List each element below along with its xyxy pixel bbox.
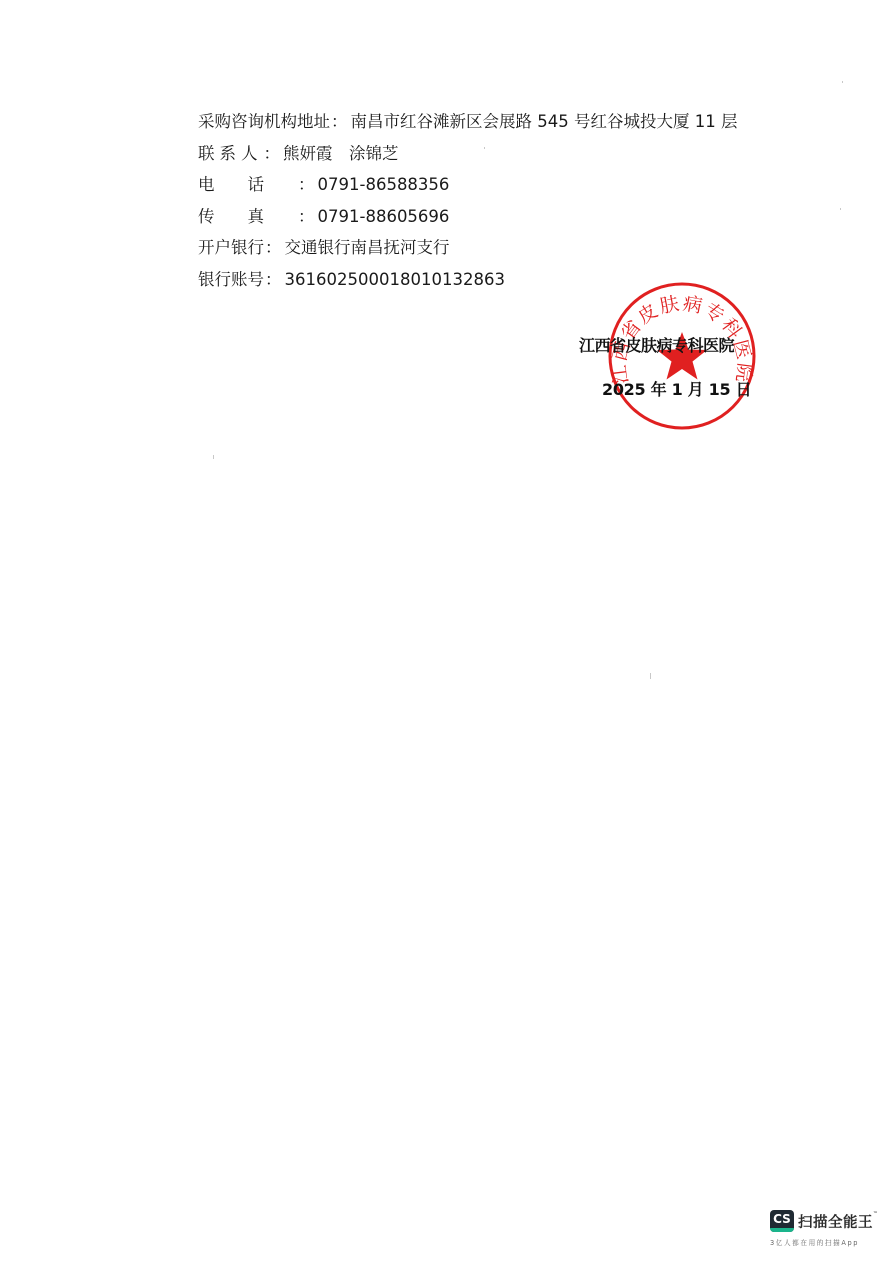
colon: ： bbox=[265, 234, 282, 262]
bank-label: 开户银行 bbox=[198, 234, 264, 262]
official-seal: 江西省皮肤病专科医院 bbox=[606, 280, 758, 432]
contact-person-label: 联系人 bbox=[198, 140, 263, 168]
contact-person-row: 联系人：熊妍霞 涂锦芝 bbox=[198, 140, 737, 172]
account-value: 361602500018010132863 bbox=[285, 266, 505, 294]
trademark-symbol: ™ bbox=[873, 1211, 879, 1217]
colon: ： bbox=[265, 266, 282, 294]
scan-speck bbox=[840, 208, 841, 210]
colon: ： bbox=[298, 171, 315, 199]
address-row: 采购咨询机构地址：南昌市红谷滩新区会展路 545 号红谷城投大厦 11 层 bbox=[198, 108, 737, 140]
colon: ： bbox=[264, 140, 281, 168]
watermark-app-name: 扫描全能王™ bbox=[798, 1211, 879, 1232]
scan-speck bbox=[650, 673, 651, 679]
fax-value: 0791-88605696 bbox=[318, 203, 450, 231]
colon: ： bbox=[331, 108, 348, 136]
scanner-watermark: CS 扫描全能王™ 3亿人都在用的扫描App bbox=[770, 1210, 879, 1247]
bank-value: 交通银行南昌抚河支行 bbox=[285, 234, 450, 262]
signing-organization: 江西省皮肤病专科医院 bbox=[579, 333, 734, 356]
scan-speck bbox=[842, 81, 843, 83]
scan-speck bbox=[213, 455, 214, 459]
signing-date: 2025 年 1 月 15 日 bbox=[602, 377, 751, 400]
fax-label: 传真 bbox=[198, 203, 297, 231]
app-name-text: 扫描全能王 bbox=[798, 1215, 873, 1231]
bank-row: 开户银行：交通银行南昌抚河支行 bbox=[198, 234, 737, 266]
address-value: 南昌市红谷滩新区会展路 545 号红谷城投大厦 11 层 bbox=[351, 108, 738, 136]
phone-row: 电话：0791-86588356 bbox=[198, 171, 737, 203]
address-label: 采购咨询机构地址 bbox=[198, 108, 330, 136]
procurement-contact-info: 采购咨询机构地址：南昌市红谷滩新区会展路 545 号红谷城投大厦 11 层 联系… bbox=[198, 108, 737, 298]
camscanner-logo-icon: CS bbox=[770, 1210, 794, 1232]
scan-speck bbox=[484, 147, 485, 149]
phone-label: 电话 bbox=[198, 171, 297, 199]
colon: ： bbox=[298, 203, 315, 231]
phone-value: 0791-86588356 bbox=[318, 171, 450, 199]
contact-person-value: 熊妍霞 涂锦芝 bbox=[283, 140, 399, 168]
watermark-slogan: 3亿人都在用的扫描App bbox=[770, 1237, 879, 1247]
account-label: 银行账号 bbox=[198, 266, 264, 294]
fax-row: 传真：0791-88605696 bbox=[198, 203, 737, 235]
